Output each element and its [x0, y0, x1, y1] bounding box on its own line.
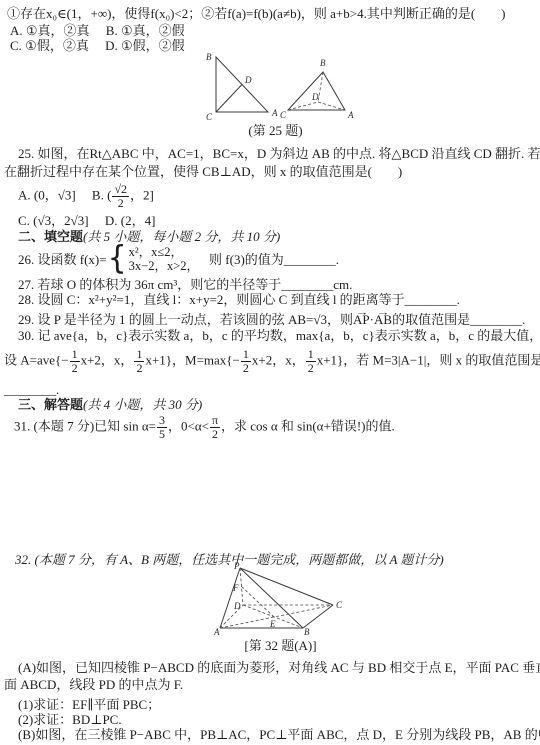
q25-triangle-figure: B C A D B C A D — [193, 50, 358, 120]
label-p: P — [233, 562, 240, 571]
fraction-sqrt2-over-2: √22 — [112, 183, 129, 209]
label-c: C — [336, 600, 343, 610]
q24-statement: ①存在x₀∈(1，+∞)，使得f(x₀)<2；②若f(a)=f(b)(a≠b)，… — [7, 6, 506, 21]
q30-statement-line2: 设 A=ave{−12x+2，x，12x+1}，M=max{−12x+2，x，1… — [4, 348, 540, 374]
q32b-statement: (B)如图，在三棱锥 P−ABC 中，PB⊥AC，PC⊥平面 ABC，点 D，E… — [18, 727, 540, 742]
label-d1: D — [244, 75, 252, 85]
q30-answer-blank: ________. — [4, 382, 59, 397]
q25-statement-line1: 25. 如图，在Rt△ABC 中，AC=1，BC=x，D 为斜边 AB 的中点.… — [18, 146, 540, 161]
label-b2: B — [320, 58, 326, 68]
q32-figure-caption: [第 32 题(A)] — [213, 635, 348, 654]
fraction-one-half: 12 — [134, 348, 144, 374]
piecewise-cases: x²，x≤2， 3x−2，x>2， — [129, 245, 199, 273]
fraction-one-half: 12 — [241, 348, 251, 374]
pyramid-solid-edges — [220, 568, 333, 628]
q25-options-cd: C. (√3，2√3] D. (2，4] — [18, 213, 155, 228]
label-e: E — [269, 619, 276, 629]
label-a2: A — [347, 110, 354, 120]
q32a-statement-line2: 面 ABCD，线段 PD 的中点为 F. — [4, 677, 183, 692]
piecewise-brace: { — [108, 243, 127, 275]
label-c2: C — [280, 110, 287, 120]
q27-statement: 27. 若球 O 的体积为 36π cm³，则它的半径等于________cm. — [18, 277, 352, 292]
section-fill-heading: 二、填空题(共 5 小题，每小题 2 分，共 10 分) — [18, 229, 280, 244]
label-d2: D — [311, 92, 319, 102]
q31-statement: 31. (本题 7 分)已知 sin α=35，0<α<π2，求 cos α 和… — [14, 414, 395, 440]
q32a-subquestion-2: (2)求证：BD⊥PC. — [18, 712, 122, 727]
section-solve-heading: 三、解答题(共 4 小题，共 30 分) — [18, 397, 202, 412]
q25-options-ab: A. (0，√3] B. (√22，2] — [18, 183, 154, 209]
q29-statement: 29. 设 P 是半径为 1 的圆上一动点，若该圆的弦 AB=√3，则AP·AB… — [18, 312, 525, 327]
q24-options-cd: C. ①假，②真 D. ①假，②假 — [10, 38, 185, 53]
q32-pyramid-figure: P F D A E B C — [213, 562, 348, 636]
q32a-subquestion-1: (1)求证：EF∥平面 PBC； — [18, 697, 160, 712]
q32a-statement-line1: (A)如图，已知四棱锥 P−ABCD 的底面为菱形，对角线 AC 与 BD 相交… — [18, 660, 540, 675]
vector-ap: AP — [353, 312, 370, 327]
q25-figure-caption: (第 25 题) — [193, 120, 358, 139]
q28-statement: 28. 设圆 C：x²+y²=1，直线 l：x+y=2，则圆心 C 到直线 l … — [18, 292, 460, 307]
fraction-3-over-5: 35 — [157, 414, 167, 440]
fraction-one-half: 12 — [70, 348, 80, 374]
label-f: F — [232, 583, 239, 593]
fraction-one-half: 12 — [306, 348, 316, 374]
vector-ab: AB — [374, 312, 392, 327]
q25-statement-line2: 在翻折过程中存在某个位置，使得 CB⊥AD，则 x 的取值范围是( ) — [4, 164, 402, 179]
q26-statement: 26. 设函数 f(x)= { x²，x≤2， 3x−2，x>2， 则 f(3)… — [18, 244, 339, 274]
right-triangle-before-fold: B C A D — [206, 52, 278, 120]
label-d: D — [233, 601, 241, 611]
triangle-after-fold: B C A D — [280, 58, 354, 120]
label-a1: A — [271, 108, 278, 118]
q30-statement-line1: 30. 记 ave{a，b，c}表示实数 a，b，c 的平均数，max{a，b，… — [18, 328, 540, 343]
q24-options-ab: A. ①真，②真 B. ①真，②假 — [10, 23, 185, 38]
label-b1: B — [206, 52, 212, 62]
fraction-pi-over-2: π2 — [210, 414, 220, 440]
label-c1: C — [206, 112, 213, 120]
